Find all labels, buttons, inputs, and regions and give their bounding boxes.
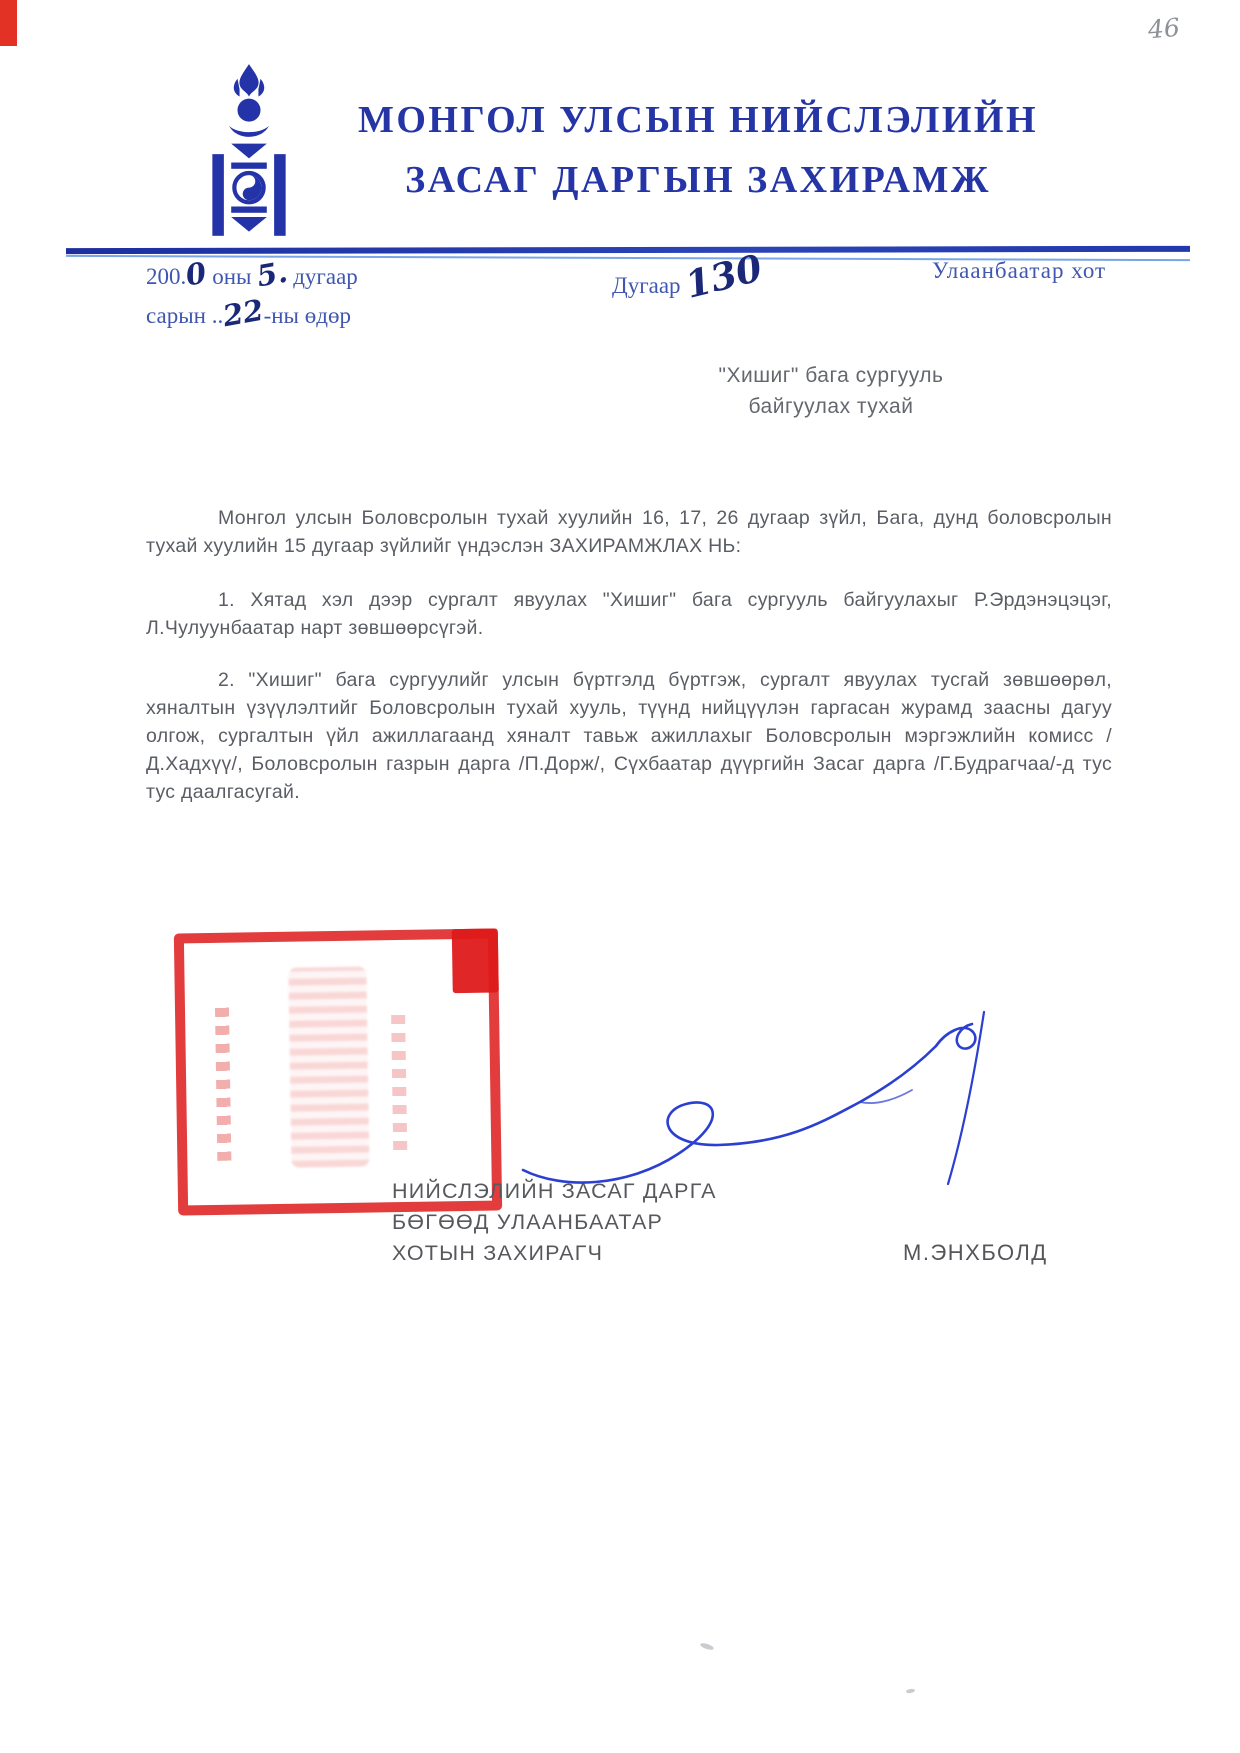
handwritten-signature (468, 1002, 1013, 1202)
official-red-stamp (174, 928, 502, 1215)
decree-item-1: 1. Хятад хэл дээр сургалт явуулах "Хишиг… (146, 586, 1112, 642)
subject-line1: "Хишиг" бага сургууль (656, 360, 1006, 391)
org-title-line1: МОНГОЛ УЛСЫН НИЙСЛЭЛИЙН (308, 98, 1088, 142)
handwritten-page-number: 46 (1147, 13, 1181, 45)
handwritten-day-digits: 22 (220, 292, 266, 335)
signatory-title-line3: ХОТЫН ЗАХИРАГЧ (392, 1238, 717, 1269)
subject-block: "Хишиг" бага сургууль байгуулах тухай (656, 360, 1006, 422)
handwritten-year-digit: 0 (183, 255, 209, 295)
scan-speck (906, 1688, 916, 1694)
stamp-inner-text-left (215, 1001, 232, 1161)
decree-number-label: Дугаар (612, 273, 681, 298)
preamble-paragraph: Монгол улсын Боловсролын тухай хуулийн 1… (146, 504, 1112, 560)
decree-number-field: Дугаар 130 (612, 258, 764, 302)
scan-speck (700, 1642, 715, 1651)
stamp-inner-emblem (288, 967, 369, 1168)
subject-line2: байгуулах тухай (656, 391, 1006, 422)
handwritten-decree-number: 130 (681, 245, 767, 306)
date-line1: 200.0 оны 5. дугаар (146, 256, 358, 295)
signatory-name: М.ЭНХБОЛД (903, 1240, 1048, 1266)
stamp-inner-text-right (391, 1010, 407, 1150)
scanned-decree-page: 46 МОНГОЛ УЛСЫН НИЙСЛЭЛИЙН ЗАСАГ ДАРГЫН … (0, 0, 1240, 1753)
decree-item-2: 2. "Хишиг" бага сургуулийг улсын бүртгэл… (146, 666, 1112, 806)
scan-artifact-corner (0, 0, 17, 46)
date-field: 200.0 оны 5. дугаар сарын ..22-ны өдөр (146, 256, 358, 334)
doc-type-title-line2: ЗАСАГ ДАРГЫН ЗАХИРАМЖ (308, 158, 1088, 202)
handwritten-month-digit: 5. (254, 254, 290, 296)
date-line2: сарын ..22-ны өдөр (146, 295, 358, 334)
header-divider-line (66, 246, 1190, 254)
signatory-title-line2: БӨГӨӨД УЛААНБААТАР (392, 1207, 717, 1238)
city-label: Улаанбаатар хот (932, 258, 1106, 284)
soyombo-emblem-icon (196, 62, 302, 240)
